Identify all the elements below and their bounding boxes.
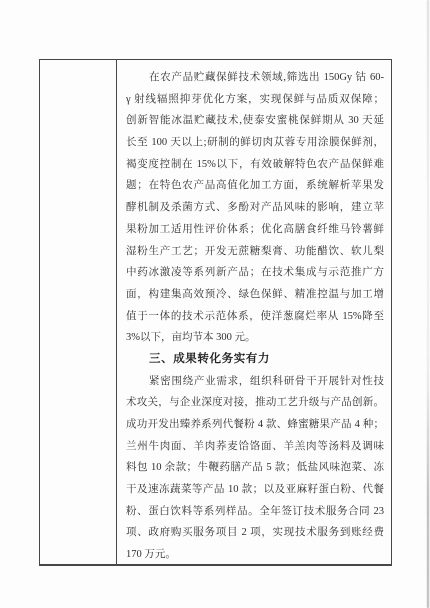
text-line: γ 射线辐照抑芽优化方案，实现保鲜与品质双保障； (126, 89, 384, 111)
text-line: 果粉加工适用性评价体系；优化高膳食纤维马铃薯鲜 (126, 219, 384, 241)
table-left-cell (40, 60, 117, 564)
text-line: 项、政府购买服务项目 2 项，实现技术服务到账经费 (126, 522, 384, 544)
text-line: 湿粉生产工艺；开发无蔗糖梨膏、功能醋饮、软儿梨 (126, 241, 384, 263)
text-line: 干及速冻蔬菜等产品 10 款；以及亚麻籽蛋白粉、代餐 (126, 479, 384, 501)
text-line: 长至 100 天以上;研制的鲜切肉苁蓉专用涂膜保鲜剂， (126, 132, 384, 154)
text-line: 题；在特色农产品高值化加工方面，系统解析苹果发 (126, 175, 384, 197)
text-line: 紧密围绕产业需求，组织科研骨干开展针对性技 (126, 371, 384, 393)
text-line: 褐变度控制在 15%以下，有效破解特色农产品保鲜难 (126, 154, 384, 176)
text-line: 面，构建集高效预冷、绿色保鲜、精准控温与加工增 (126, 284, 384, 306)
text-line: 创新智能冰温贮藏技术,使泰安蜜桃保鲜期从 30 天延 (126, 110, 384, 132)
text-line: 酵机制及杀菌方式、多酚对产品风味的影响，建立苹 (126, 197, 384, 219)
scanned-document-page: 在农产品贮藏保鲜技术领域,筛选出 150Gy 钴 60- γ 射线辐照抑芽优化方… (0, 0, 430, 608)
text-line: 3%以下，亩均节本 300 元。 (126, 327, 384, 349)
section-heading: 三、成果转化务实有力 (126, 349, 384, 371)
text-line: 术攻关，与企业深度对接，推动工艺升级与产品创新。 (126, 392, 384, 414)
text-line: 在农产品贮藏保鲜技术领域,筛选出 150Gy 钴 60- (126, 67, 384, 89)
text-line: 粉、蛋白饮料等系列样品。全年签订技术服务合同 23 (126, 501, 384, 523)
text-line: 中药冰激凌等系列新产品；在技术集成与示范推广方 (126, 262, 384, 284)
table-content-cell: 在农产品贮藏保鲜技术领域,筛选出 150Gy 钴 60- γ 射线辐照抑芽优化方… (117, 60, 391, 564)
text-line: 成功开发出臻养系列代餐粉 4 款、蜂蜜糖果产品 4 种； (126, 414, 384, 436)
text-line: 兰州牛肉面、羊肉荞麦饸饹面、羊羔肉等汤料及调味 (126, 436, 384, 458)
text-line: 值于一体的技术示范体系，使洋葱腐烂率从 15%降至 (126, 306, 384, 328)
text-line: 料包 10 余款；牛鞭药膳产品 5 款；低盐风味泡菜、冻 (126, 457, 384, 479)
report-table: 在农产品贮藏保鲜技术领域,筛选出 150Gy 钴 60- γ 射线辐照抑芽优化方… (39, 59, 392, 566)
scan-artifact-right-edge (427, 0, 429, 608)
text-line: 170 万元。 (126, 544, 384, 564)
